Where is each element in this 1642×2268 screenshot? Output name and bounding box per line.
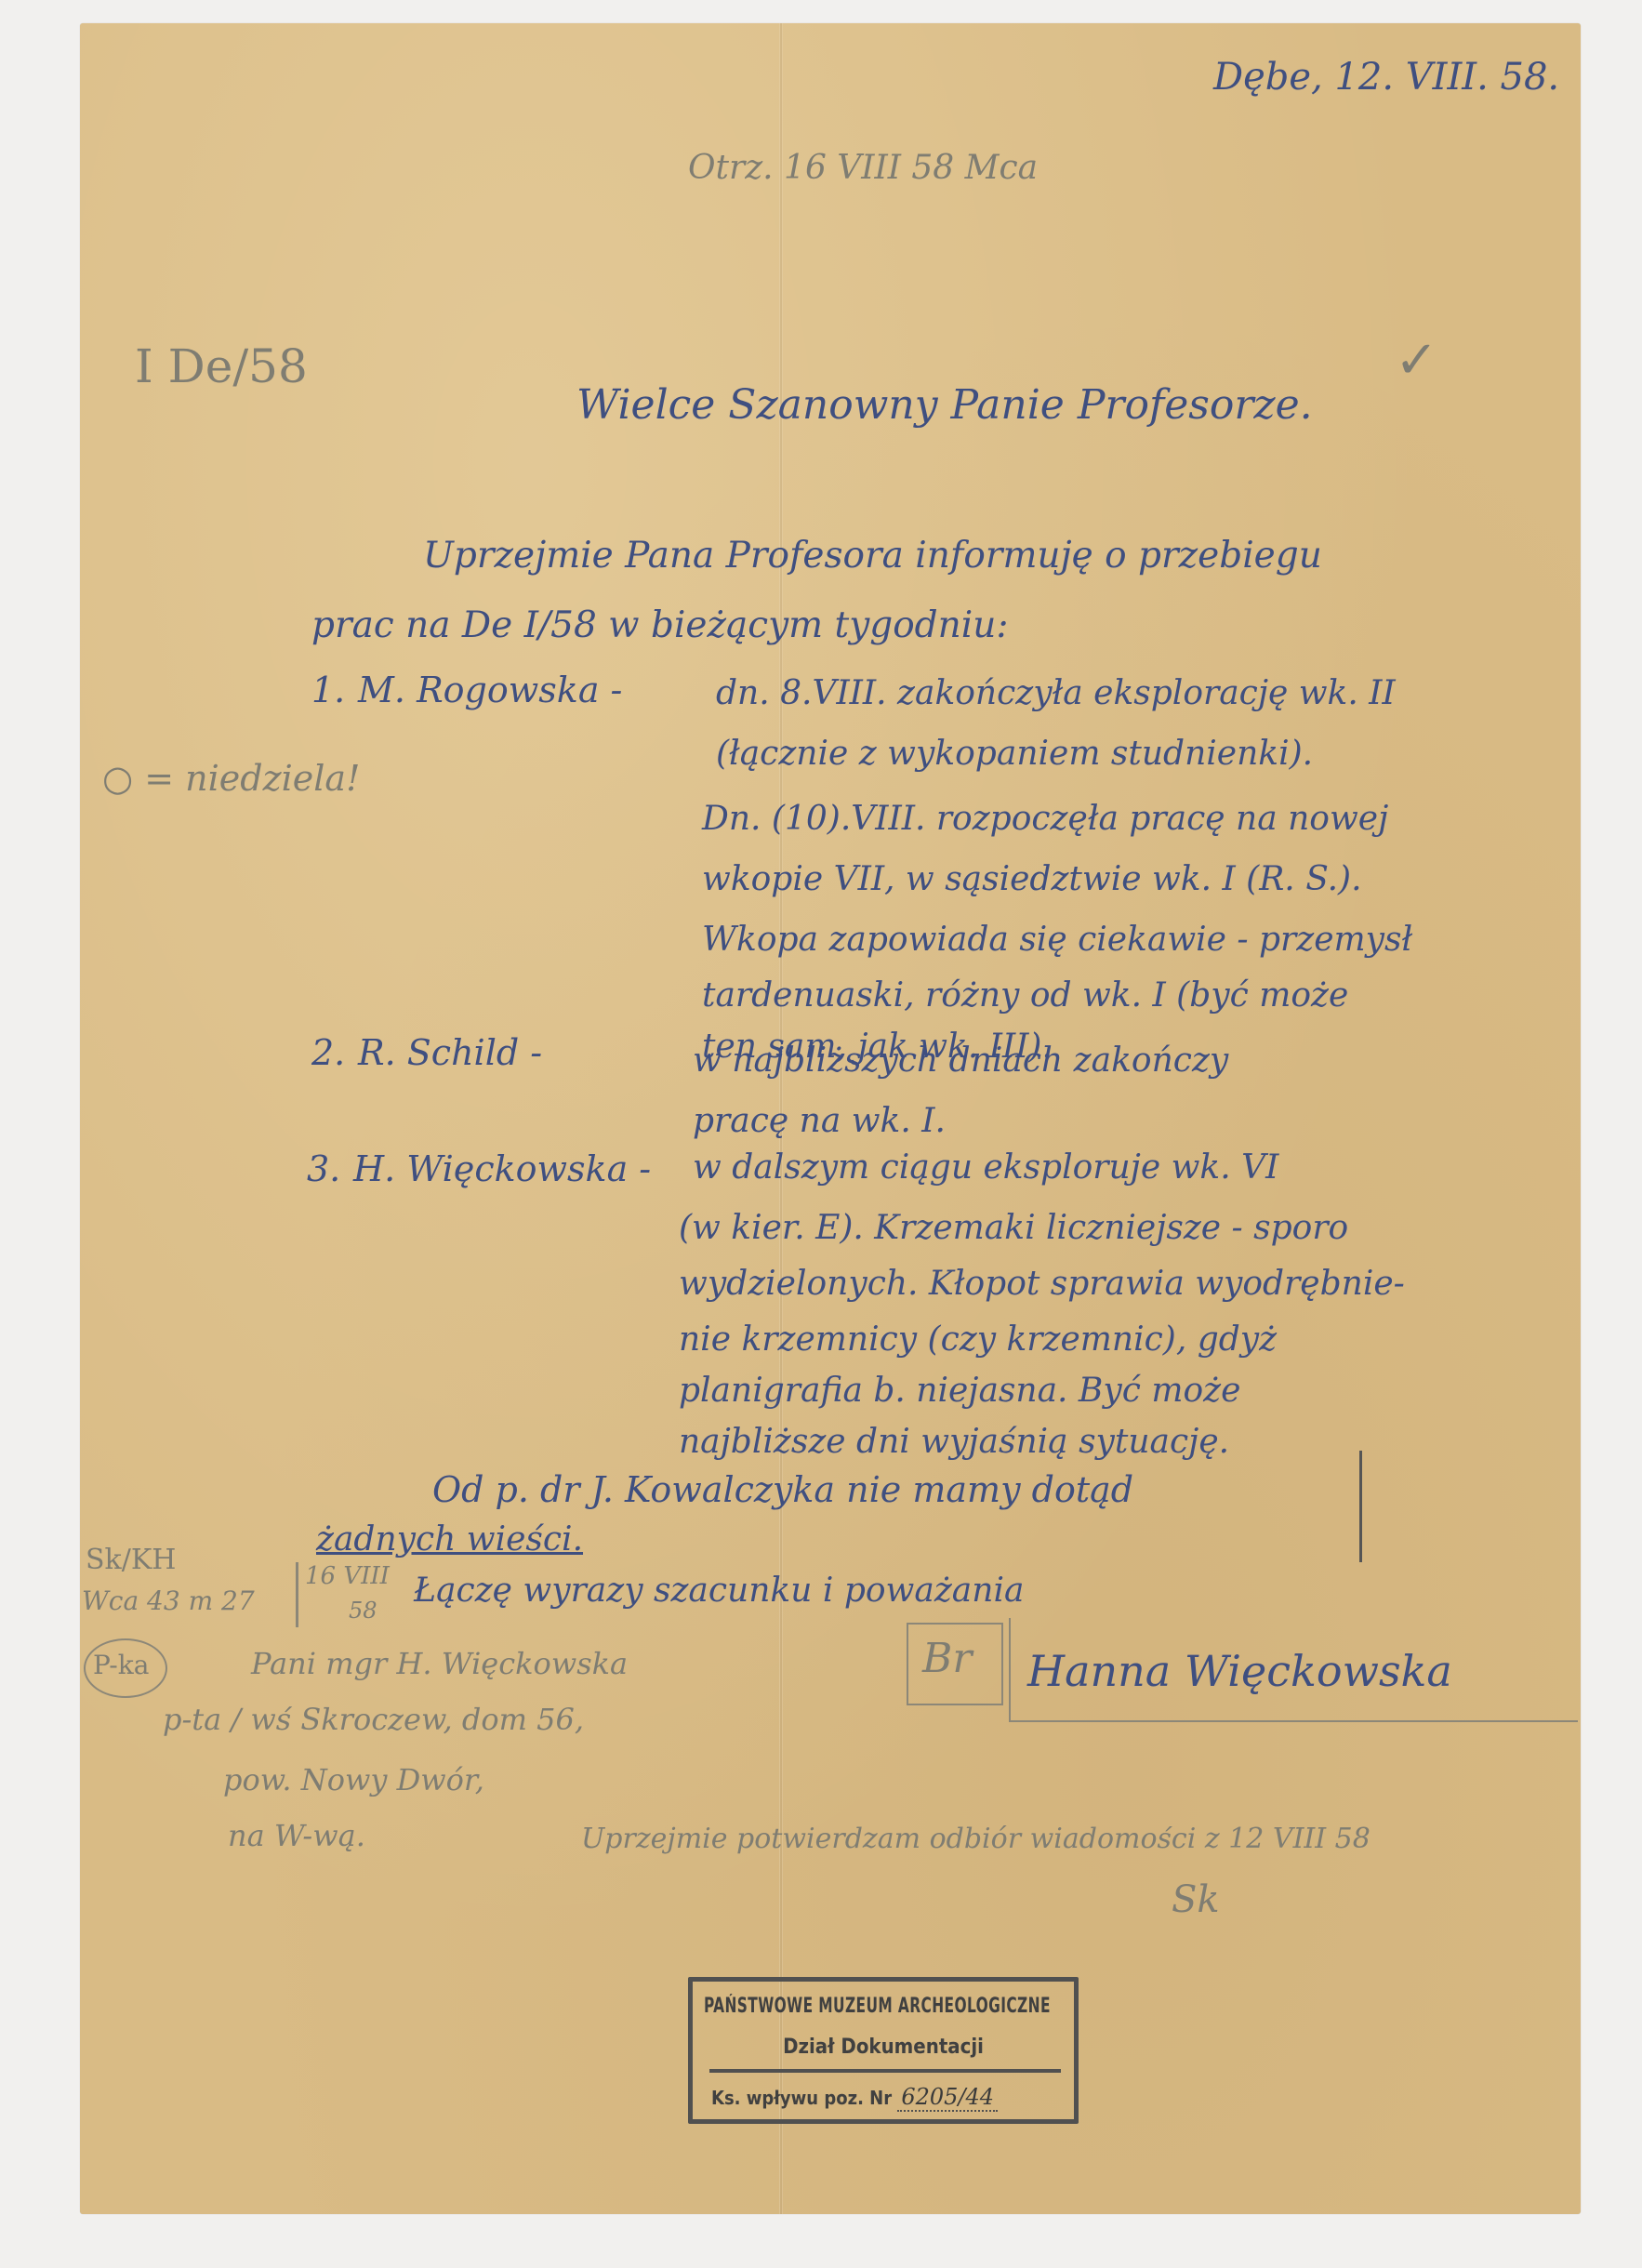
intro-line-2: prac na De I/58 w bieżącym tygodniu:: [311, 604, 1009, 646]
item-3-line-5: planigrafia b. niejasna. Być może: [679, 1372, 1240, 1410]
received-note: Otrz. 16 VIII 58 Mca: [688, 149, 1038, 187]
closing-line-2: żadnych wieści.: [316, 1520, 583, 1558]
address-line-4: na W-wą.: [228, 1818, 365, 1853]
checkmark-icon: ✓: [1395, 330, 1438, 391]
bottom-initials: Sk: [1172, 1878, 1220, 1921]
item-1-line-6: tardenuaski, różny od wk. I (być może: [702, 976, 1348, 1015]
item-3-number: 3.: [307, 1148, 340, 1189]
item-1-line-5: Wkopa zapowiada się ciekawie - przemysł: [702, 921, 1412, 959]
signature: Hanna Więckowska: [1027, 1646, 1452, 1696]
circle-label: P-ka: [93, 1650, 149, 1680]
item-1-line-3: Dn. (10).VIII. rozpoczęła pracę na nowej: [702, 800, 1388, 838]
stamp-line-2: Dział Dokumentacji: [693, 2036, 1074, 2059]
archive-stamp: PAŃSTWOWE MUZEUM ARCHEOLOGICZNE Dział Do…: [688, 1977, 1079, 2124]
item-3-line-3: wydzielonych. Kłopot sprawia wyodrębnie-: [679, 1265, 1405, 1303]
item-3-line-4: nie krzemnicy (czy krzemnic), gdyż: [679, 1320, 1277, 1359]
item-1-line-2: (łącznie z wykopaniem studnienki).: [716, 735, 1313, 773]
address-line-3: pow. Nowy Dwór,: [223, 1762, 484, 1797]
item-3-line-1: w dalszym ciągu eksploruje wk. VI: [693, 1148, 1278, 1187]
pencil-margin-line: [1359, 1451, 1362, 1562]
reference-number: I De/58: [135, 339, 308, 393]
item-3-line-2: (w kier. E). Krzemaki liczniejsze - spor…: [679, 1209, 1348, 1247]
date-box-year: 58: [349, 1598, 377, 1624]
item-2-line-1: w najbliższych dniach zakończy: [693, 1041, 1228, 1080]
margin-note: ○ = niedziela!: [102, 758, 360, 799]
item-1-number: 1.: [311, 670, 345, 710]
stamp-registry-number: 6205/44: [897, 2084, 998, 2112]
closing-line-1: Od p. dr J. Kowalczyka nie mamy dotąd: [432, 1469, 1133, 1510]
stamp-line-3-label: Ks. wpływu poz. Nr: [711, 2087, 892, 2109]
item-3-name: H. Więckowska -: [353, 1148, 651, 1189]
item-2-name: R. Schild -: [358, 1032, 542, 1073]
stamp-divider: [709, 2069, 1061, 2073]
salutation: Wielce Szanowny Panie Profesorze.: [576, 381, 1313, 429]
initials-box-text: Br: [922, 1635, 972, 1682]
left-note-line-1: Sk/KH: [86, 1544, 176, 1576]
place-date: Dębe, 12. VIII. 58.: [1213, 56, 1559, 99]
bottom-note: Uprzejmie potwierdzam odbiór wiadomości …: [581, 1823, 1371, 1855]
item-2-number: 2.: [311, 1032, 345, 1073]
item-1-line-1: dn. 8.VIII. zakończyła eksplorację wk. I…: [716, 674, 1396, 712]
item-3-line-6: najbliższe dni wyjaśnią sytuację.: [679, 1423, 1229, 1461]
item-2-line-2: pracę na wk. I.: [693, 1102, 946, 1140]
date-box-day: 16 VIII: [305, 1562, 390, 1590]
intro-line-1: Uprzejmie Pana Profesora informuję o prz…: [423, 535, 1322, 577]
left-note-line-2: Wca 43 m 27: [82, 1585, 255, 1616]
item-1-name: M. Rogowska -: [358, 670, 622, 710]
item-1-line-4: wkopie VII, w sąsiedztwie wk. I (R. S.).: [702, 860, 1362, 898]
address-line-1: Pani mgr H. Więckowska: [251, 1646, 628, 1681]
stamp-line-1: PAŃSTWOWE MUZEUM ARCHEOLOGICZNE: [704, 1995, 1051, 2018]
closing-line-3: Łączę wyrazy szacunku i poważania: [414, 1572, 1024, 1610]
stamp-line-3: Ks. wpływu poz. Nr 6205/44: [711, 2084, 998, 2110]
address-line-2: p-ta / wś Skroczew, dom 56,: [163, 1702, 584, 1737]
